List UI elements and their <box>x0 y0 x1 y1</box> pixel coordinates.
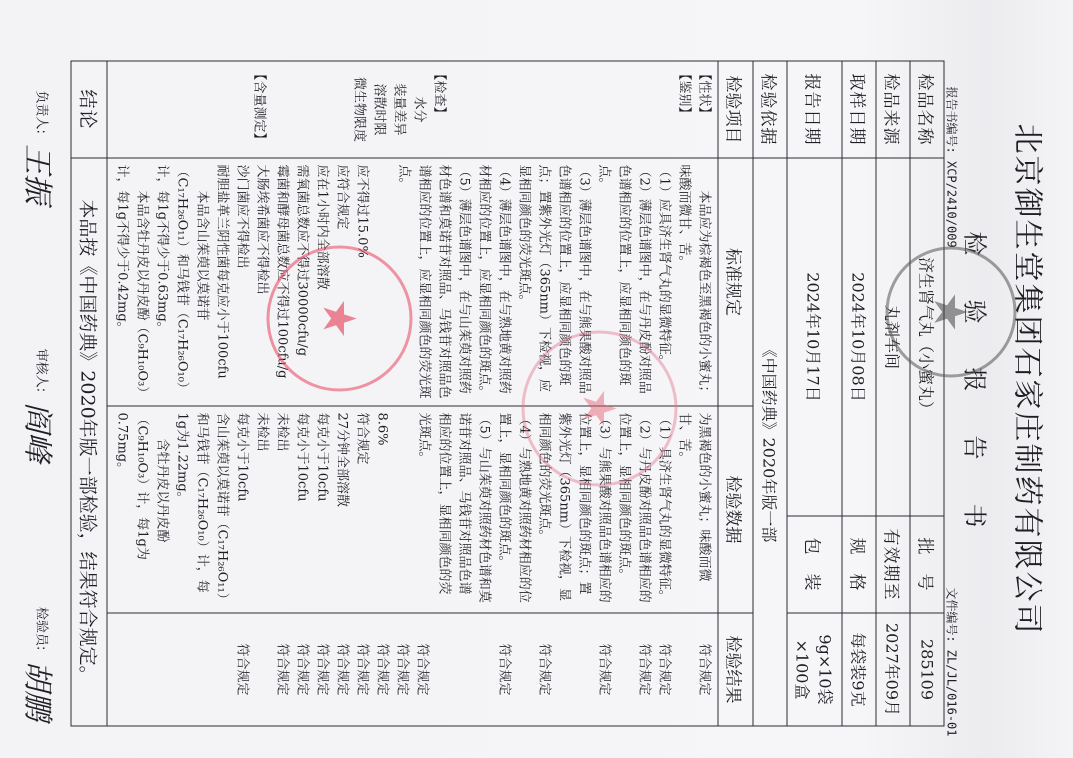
expiry-date: 2027年09月 <box>876 613 910 726</box>
item-moisture: 水分 <box>409 68 429 152</box>
header-item: 检验项目 <box>718 61 753 158</box>
label-spec: 规 格 <box>842 516 876 613</box>
data-assay-1: 含山茱萸以莫诺苷（C₁₇H₂₆O₁₁）和马钱苷（C₁₇H₂₆O₁₀）计，每1g为… <box>172 413 232 607</box>
header-standard: 标准规定 <box>718 158 753 406</box>
data-check-3: 27分钟全部溶散 <box>332 413 352 607</box>
data-ident-4: （4）与熟地黄对照药材相应的位置上，显相同颜色的斑点。 <box>494 413 534 607</box>
reviewer-signature: 审核人: 阎峰 <box>29 349 73 463</box>
report-date: 2024年10月17日 <box>787 158 842 516</box>
std-check-7: 沙门菌应不得检出 <box>232 165 252 400</box>
report-number-value: XCP/2410/009 <box>945 161 959 248</box>
std-assay-2: 本品含牡丹皮以丹皮酚（C₉H₁₀O₃）计，每1g不得少于0.42mg。 <box>112 165 152 400</box>
data-assay-2: 含牡丹皮以丹皮酚（C₉H₁₀O₃）计，每1g为0.75mg。 <box>112 413 172 607</box>
label-expiry: 有效期至 <box>876 516 910 613</box>
report-number-label: 报告书编号: <box>945 87 959 154</box>
section-inspection: 【检查】 <box>429 68 449 152</box>
test-items: 【性状】 【鉴别】 【检查】 水分 装量差异 溶散时限 微生物限度 【含量测定】 <box>107 61 718 158</box>
row-source: 检品来源 丸剂车间 有效期至 2027年09月 <box>876 61 910 726</box>
std-check-8: 耐胆盐革兰阴性菌每克应小于100cfu <box>212 165 232 400</box>
data-check-4: 每克小于10cfu <box>312 413 332 607</box>
data-check-2: 符合规定 <box>352 413 372 607</box>
inspector-sig: 胡鹏 <box>20 661 55 721</box>
result-check-8: 符合规定 <box>272 620 292 720</box>
result-ident-5: 符合规定 <box>494 620 514 720</box>
gray-seal-stamp: ★ <box>886 247 1017 378</box>
label-package: 包 装 <box>787 516 842 613</box>
report-number: 报告书编号: XCP/2410/009 <box>944 87 961 248</box>
inspector-label: 检验员: <box>34 607 49 650</box>
red-seal-stamp: ★ <box>267 246 413 392</box>
star-icon: ★ <box>928 291 974 332</box>
result-check-7: 符合规定 <box>292 620 312 720</box>
result-check-2: 符合规定 <box>392 620 412 720</box>
company-name: 北京御生堂集团石家庄制药有限公司 <box>1009 1 1053 758</box>
std-ident-4: （4）薄层色谱图中，在与熟地黄对照药材相应的位置上，应显相同颜色的斑点。 <box>474 165 514 400</box>
data-check-5: 每克小于10cfu <box>292 413 312 607</box>
label-source: 检品来源 <box>876 61 910 158</box>
header-result: 检验结果 <box>718 613 753 726</box>
data-check-1: 8.6% <box>372 413 392 607</box>
section-identification: 【鉴别】 <box>674 68 694 152</box>
result-check-6: 符合规定 <box>312 620 332 720</box>
document-title: 检验报告书 <box>960 1 995 758</box>
row-basis: 检验依据 《中国药典》2020年版一部 <box>753 61 787 726</box>
data-appearance: 为黑褐色的小蜜丸；味酸而微甘、苦。 <box>674 413 714 607</box>
report-page: 北京御生堂集团石家庄制药有限公司 检验报告书 报告书编号: XCP/2410/0… <box>0 1 1073 758</box>
row-report-date: 报告日期 2024年10月17日 包 装 9g×10袋×100盒 <box>787 61 842 726</box>
red-seal-stamp-faded: ★ <box>522 331 678 487</box>
label-product-name: 检品名称 <box>910 61 944 158</box>
row-conclusion: 结论 本品按《中国药典》2020年版一部检验，结果符合规定。 <box>71 61 107 726</box>
column-headers: 检验项目 标准规定 检验数据 检验结果 <box>718 61 753 726</box>
label-basis: 检验依据 <box>753 61 787 158</box>
reviewer-label: 审核人: <box>34 349 49 392</box>
result-check-4: 符合规定 <box>352 620 372 720</box>
result-ident-3: 符合规定 <box>594 620 614 720</box>
header-data: 检验数据 <box>718 406 753 613</box>
conclusion-text: 本品按《中国药典》2020年版一部检验，结果符合规定。 <box>71 158 107 726</box>
result-check-3: 符合规定 <box>372 620 392 720</box>
result-column: 符合规定 符合规定 符合规定 符合规定 符合规定 符合规定 符合规定 符合规定 … <box>107 613 718 726</box>
inspection-basis: 《中国药典》2020年版一部 <box>753 158 787 726</box>
data-check-7: 未检出 <box>252 413 272 607</box>
result-assay: 符合规定 <box>232 620 252 720</box>
package: 9g×10袋×100盒 <box>787 613 842 726</box>
std-appearance: 本品应为棕褐色至黑褐色的小蜜丸；味酸而微甘、苦。 <box>674 165 714 400</box>
star-icon: ★ <box>317 298 363 339</box>
result-ident-2: 符合规定 <box>634 620 654 720</box>
reviewer-sig: 阎峰 <box>20 402 55 462</box>
item-weight-variation: 装量差异 <box>389 68 409 152</box>
data-check-8: 每克小于10cfu <box>232 413 252 607</box>
std-assay-1: 本品含山茱萸以莫诺苷（C₁₇H₂₆O₁₁）和马钱苷（C₁₇H₂₆O₁₀）计，每1… <box>152 165 212 400</box>
std-check-6: 大肠埃希菌应不得检出 <box>252 165 272 400</box>
section-assay: 【含量测定】 <box>249 68 269 152</box>
file-number: 文件编号: ZL/JL/016-01 <box>944 587 961 736</box>
responsible-label: 负责人: <box>34 91 49 134</box>
result-ident-1: 符合规定 <box>654 620 674 720</box>
label-conclusion: 结论 <box>71 61 107 158</box>
label-sampling-date: 取样日期 <box>842 61 876 158</box>
report-table: 检品名称 济生肾气丸（小蜜丸） 批 号 285109 检品来源 丸剂车间 有效期… <box>71 61 945 727</box>
batch-number: 285109 <box>910 613 944 726</box>
result-check-1: 符合规定 <box>412 620 432 720</box>
result-appearance: 符合规定 <box>694 620 714 720</box>
std-ident-5: （5）薄层色谱图中，在与山茱萸对照药材色谱和莫诺苷对照品、马钱苷对照品色谱相应的… <box>394 165 474 400</box>
signature-row: 负责人: 王振 审核人: 阎峰 检验员: 胡鹏 <box>29 91 73 721</box>
data-check-6: 未检出 <box>272 413 292 607</box>
file-number-value: ZL/JL/016-01 <box>945 650 959 737</box>
label-batch: 批 号 <box>910 516 944 613</box>
row-sampling: 取样日期 2024年10月08日 规 格 每袋装9克 <box>842 61 876 726</box>
file-number-label: 文件编号: <box>945 587 959 642</box>
sampling-date: 2024年10月08日 <box>842 158 876 516</box>
inspector-signature: 检验员: 胡鹏 <box>29 607 73 721</box>
result-ident-4: 符合规定 <box>534 620 554 720</box>
star-icon: ★ <box>577 388 623 429</box>
label-report-date: 报告日期 <box>787 61 842 158</box>
responsible-signature: 负责人: 王振 <box>29 91 73 205</box>
result-check-5: 符合规定 <box>332 620 352 720</box>
section-appearance: 【性状】 <box>694 68 714 152</box>
specification: 每袋装9克 <box>842 613 876 726</box>
item-dissolution: 溶散时限 <box>369 68 389 152</box>
responsible-sig: 王振 <box>20 144 55 204</box>
item-microbial: 微生物限度 <box>349 68 369 152</box>
data-ident-5: （5）与山茱萸对照药材色谱和莫诺苷对照品、马钱苷对照品色谱相应的位置上，显相同颜… <box>414 413 494 607</box>
scanned-document: 北京御生堂集团石家庄制药有限公司 检验报告书 报告书编号: XCP/2410/0… <box>0 0 1073 758</box>
row-product: 检品名称 济生肾气丸（小蜜丸） 批 号 285109 <box>910 61 944 726</box>
